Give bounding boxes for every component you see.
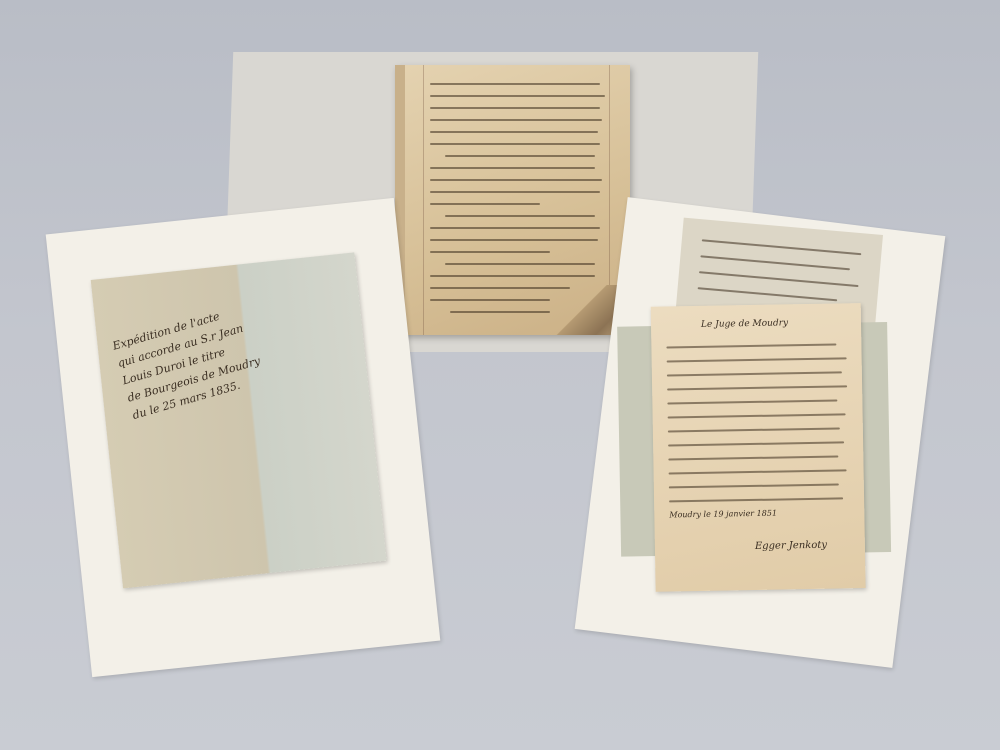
letter-date: Moudry le 19 janvier 1851 xyxy=(669,509,777,520)
letter-heading: Le Juge de Moudry xyxy=(701,318,788,330)
right-mount-board: Le Juge de Moudry Moudry le 19 janvier 1… xyxy=(575,197,946,668)
letter-front: Le Juge de Moudry Moudry le 19 janvier 1… xyxy=(651,303,866,592)
manuscript-notebook xyxy=(395,65,630,335)
letter-signature: Egger Jenkoty xyxy=(755,540,827,552)
left-mount-board: Expédition de l'acte qui accorde au S.r … xyxy=(46,198,441,677)
folded-document: Expédition de l'acte qui accorde au S.r … xyxy=(91,252,387,588)
